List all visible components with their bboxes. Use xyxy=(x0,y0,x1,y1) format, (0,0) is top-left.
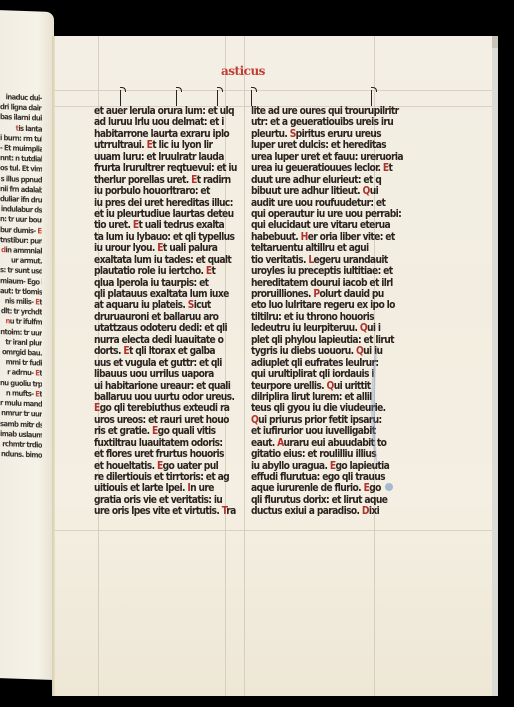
text-line: nmrur tr uur xyxy=(1,408,42,418)
text-line: libauus uou urrilus uapora xyxy=(94,369,256,380)
text-line: iu urour lyou. Et uali palura xyxy=(94,243,256,254)
rubricated-initial: E xyxy=(330,461,336,472)
text-line: re dilertiouis et tirrtoris: et ag xyxy=(94,472,256,483)
rubricated-initial: E xyxy=(94,403,100,414)
rubricated-initial: E xyxy=(37,226,41,235)
text-line: et iu pleurtudiue laurtas deteu xyxy=(94,209,256,220)
text-line: qli flurutus dorix: et lirut aque xyxy=(251,495,413,506)
text-line: at aquaru iu plateis. Sicut xyxy=(94,300,256,311)
rubricated-initial: Q xyxy=(363,186,370,197)
text-line: ris et gratie. Ego quali vitis xyxy=(94,426,256,437)
text-line: n: tr uur bouut xyxy=(0,215,42,226)
text-line: nduns. bimo xyxy=(1,449,42,459)
text-line: utrrultraui. Et lic iu lyon lir xyxy=(94,140,256,151)
text-line: tio veritatis. Legeru urandauit xyxy=(251,255,413,266)
text-line: ui habitarione ureaur: et quali xyxy=(94,381,256,392)
rubricated-initial: d xyxy=(1,245,5,254)
text-line: effudi flurutua: ego qli trauus xyxy=(251,472,413,483)
text-line: nii frn adalabr xyxy=(0,184,42,195)
text-line: plautatio role iu iertcho. Et xyxy=(94,266,256,277)
text-line: bur dumis- Ego xyxy=(0,225,42,236)
rubricated-initial: E xyxy=(364,483,370,494)
rubricated-initial: Q xyxy=(327,381,334,392)
text-line: exaltata lum iu tades: et qualt xyxy=(94,255,256,266)
text-line: n mufts- Et xyxy=(6,388,42,398)
rubricated-initial: E xyxy=(191,175,197,186)
text-line: miaum- Ego il xyxy=(0,276,42,287)
text-line: frurta lrurultrer reqtuevui: et iu xyxy=(94,163,256,174)
text-line: aut: tr tlomis xyxy=(0,286,42,296)
rubricated-initial: H xyxy=(301,232,308,243)
rubricated-initial: E xyxy=(123,346,129,357)
text-line: pleurtu. Spiritus eruru ureus xyxy=(251,129,413,140)
text-line: eaut. Auraru eui abuudabit to xyxy=(251,438,413,449)
text-line: urea iu geueratiouues leclor. Et xyxy=(251,163,413,174)
text-line: tiltilru: et iu throno houoris xyxy=(251,312,413,323)
text-line: ntoim: tr uur xyxy=(0,327,42,337)
manuscript-leaf: asticus et auer lerula orura lum: et ulq… xyxy=(55,36,498,696)
rubricated-initial: t xyxy=(16,123,19,132)
text-line: ur armut. xyxy=(11,256,42,266)
text-line: qui urultiplirat qli iordauis i xyxy=(251,369,413,380)
rubricated-initial: E xyxy=(157,461,163,472)
ascender-stroke xyxy=(176,90,185,106)
rubricated-initial: E xyxy=(383,163,389,174)
text-line: - Et muimplia xyxy=(0,143,42,154)
text-line: plet qli phylou lapieutia: et lirut xyxy=(251,335,413,346)
text-line: iu porbulo houorltraro: et xyxy=(94,186,256,197)
text-line: uroyles iu preceptis iultitiae: et xyxy=(251,266,413,277)
rubricated-initial: S xyxy=(188,300,194,311)
text-line: omrgid bau. xyxy=(2,347,42,357)
text-line: teus qli gyou iu die viudeurie. xyxy=(251,403,413,414)
text-line: hereditatem dourui iacob et ilrl xyxy=(251,278,413,289)
text-line: audit ure uou roufuudetur: et xyxy=(251,198,413,209)
text-line: uuam luru: et lruulratr lauda xyxy=(94,152,256,163)
text-line: mmi tr fudi xyxy=(6,358,42,368)
text-line: teltaruentu altillru et agui xyxy=(251,243,413,254)
rubricated-initial: E xyxy=(35,389,39,398)
text-line: Qui priurus prior fetit ipsaru: xyxy=(251,415,413,426)
rubricated-initial: I xyxy=(187,483,190,494)
text-line: habebuut. Her oria liber vite: et xyxy=(251,232,413,243)
text-line: ure oris lpes vite et virtutis. Tra xyxy=(94,506,256,517)
ascender-stroke xyxy=(217,90,226,106)
blue-flourish-terminal xyxy=(385,483,393,491)
text-line: therlur porellas uret. Et radirn xyxy=(94,175,256,186)
text-line: et auer lerula orura lum: et ulq xyxy=(94,106,256,117)
text-line: adiuplet qli eufrates leulrur: xyxy=(251,358,413,369)
text-line: nnt: n tutdial xyxy=(0,153,42,163)
text-line: s: tr sunt usdu xyxy=(0,266,42,277)
text-line: samb mitr ds xyxy=(0,419,42,430)
text-line: lite ad ure oures qui trourupilritr xyxy=(251,106,413,117)
text-line: eto luo lulritare regeru ex ipo lo xyxy=(251,300,413,311)
text-line: qui elucidaut ure vitaru eterua xyxy=(251,220,413,231)
text-line: s illus ppnud xyxy=(1,174,42,184)
text-line: nurra electa dedi luauitate o xyxy=(94,335,256,346)
text-line: dri ligna dair: xyxy=(0,102,42,113)
text-line: et flores uret frurtus houoris xyxy=(94,449,256,460)
text-line: r mulu mand xyxy=(0,398,42,408)
text-line: ductus exiui a paradiso. Dixi xyxy=(251,506,413,517)
rubricated-initial: E xyxy=(35,297,39,306)
text-line: habitarrone laurta exraru iplo xyxy=(94,129,256,140)
text-line: tis lanta xyxy=(16,123,42,133)
text-line: nis milis- Et xyxy=(5,296,42,306)
text-line: duliar ifn drum xyxy=(0,194,42,205)
ascender-stroke xyxy=(120,90,129,106)
rubricated-initial: Q xyxy=(251,415,258,426)
text-line: ballaruu uou uurtu odor ureus. xyxy=(94,392,256,403)
rubricated-initial: L xyxy=(308,255,313,266)
text-line: tygris iu diebs uouoru. Qui iu xyxy=(251,346,413,357)
text-line: rchmtr trdio xyxy=(2,439,42,449)
ascender-stroke xyxy=(251,90,260,106)
text-line: inaduc dui- xyxy=(6,92,42,102)
rubricated-initial: E xyxy=(35,369,39,378)
text-line: i burn: rm tuli xyxy=(0,133,42,144)
rubricated-initial: n xyxy=(5,317,9,326)
rubricated-initial: E xyxy=(157,243,163,254)
text-line: os tul. Et vim xyxy=(0,164,42,174)
text-line: r adrnu- Et xyxy=(7,368,42,378)
text-line: uros ureos: et rauri uret houo xyxy=(94,415,256,426)
rubricated-initial: A xyxy=(277,438,283,449)
text-line: fuxtiltrau luauitatem odoris: xyxy=(94,438,256,449)
rubricated-initial: Q xyxy=(356,346,363,357)
text-line: tio uret. Et uali tedrus exalta xyxy=(94,220,256,231)
text-line: imab uslaum. xyxy=(0,429,42,440)
text-line: utattzaus odoteru dedi: et qli xyxy=(94,323,256,334)
text-line: gitatio eius: et roulilliu illius xyxy=(251,449,413,460)
facing-left-page: inaduc dui-dri ligna dair:bas ilarni dui… xyxy=(0,10,54,680)
rubricated-initial: E xyxy=(152,426,158,437)
text-line: uus et vugula et guttr: et qli xyxy=(94,358,256,369)
rubricated-initial: Q xyxy=(360,323,367,334)
text-column-b: lite ad ure oures qui trourupilritrutr: … xyxy=(251,106,413,518)
rubricated-initial: P xyxy=(313,289,319,300)
text-line: qli platauus exaltata lum iuxe xyxy=(94,289,256,300)
text-line: din ammnial xyxy=(1,245,42,255)
text-line: et iufirurior uou iuvelligabit xyxy=(251,426,413,437)
text-line: dorts. Et qli ltorax et galba xyxy=(94,346,256,357)
text-line: Ego qli terebiuthus exteudi ra xyxy=(94,403,256,414)
text-line: dlt: tr yrchdt xyxy=(1,306,42,316)
rubricated-initial: D xyxy=(362,506,369,517)
text-line: teurpore urellis. Qui urittit xyxy=(251,381,413,392)
text-line: luper uret dulcis: et hereditas xyxy=(251,140,413,151)
text-line: iu abyllo uragua. Ego lapieutia xyxy=(251,461,413,472)
text-line: tr iranl plur xyxy=(5,337,42,347)
text-line: gratia oris vie et veritatis: iu xyxy=(94,495,256,506)
ascender-stroke xyxy=(371,90,380,106)
text-line: duut ure adhur elurieut: et q xyxy=(251,175,413,186)
text-line: qlua lperola iu taurpis: et xyxy=(94,278,256,289)
text-line: indulabur ds xyxy=(1,204,42,214)
text-line: iu pres dei uret hereditas illuc: xyxy=(94,198,256,209)
page-edge xyxy=(492,36,498,48)
text-line: utr: et a geueratiouibs ureis iru xyxy=(251,117,413,128)
rubricated-initial: T xyxy=(222,506,226,517)
text-line: ta lum iu lybauo: et qli typellus xyxy=(94,232,256,243)
text-line: urea luper uret et fauu: ureruoria xyxy=(251,152,413,163)
ruling-line-text-bottom xyxy=(55,530,492,531)
text-line: uitiouis et larte lpei. In ure xyxy=(94,483,256,494)
text-line: qui operautur iu ure uou perrabi: xyxy=(251,209,413,220)
rubricated-initial: S xyxy=(290,129,296,140)
rubricated-initial: E xyxy=(147,140,153,151)
text-line: et houeltatis. Ego uater pul xyxy=(94,461,256,472)
left-page-text-column: inaduc dui-dri ligna dair:bas ilarni dui… xyxy=(0,92,42,461)
text-line: ad luruu lrlu uou delmat: et i xyxy=(94,117,256,128)
text-line: tnstibur: purgrp xyxy=(0,235,42,246)
rubricated-initial: E xyxy=(133,220,139,231)
text-line: nu guoliu trp xyxy=(0,378,42,388)
text-column-a: et auer lerula orura lum: et ulqad luruu… xyxy=(94,106,256,518)
text-line: ledeutru iu leurpiteruu. Qui i xyxy=(251,323,413,334)
text-line: bas ilarni dui- xyxy=(0,113,42,124)
running-head: asticus xyxy=(221,64,265,78)
text-line: proruilliones. Polurt dauid pu xyxy=(251,289,413,300)
rubricated-initial: E xyxy=(206,266,212,277)
text-line: dilriplira lirut lurem: et allil xyxy=(251,392,413,403)
text-line: bibuut ure adhur litieut. Qui xyxy=(251,186,413,197)
blue-initial-flourish xyxy=(371,346,387,466)
text-line: nu tr ifulfm xyxy=(5,317,42,327)
text-line: druruauroni et ballaruu aro xyxy=(94,312,256,323)
